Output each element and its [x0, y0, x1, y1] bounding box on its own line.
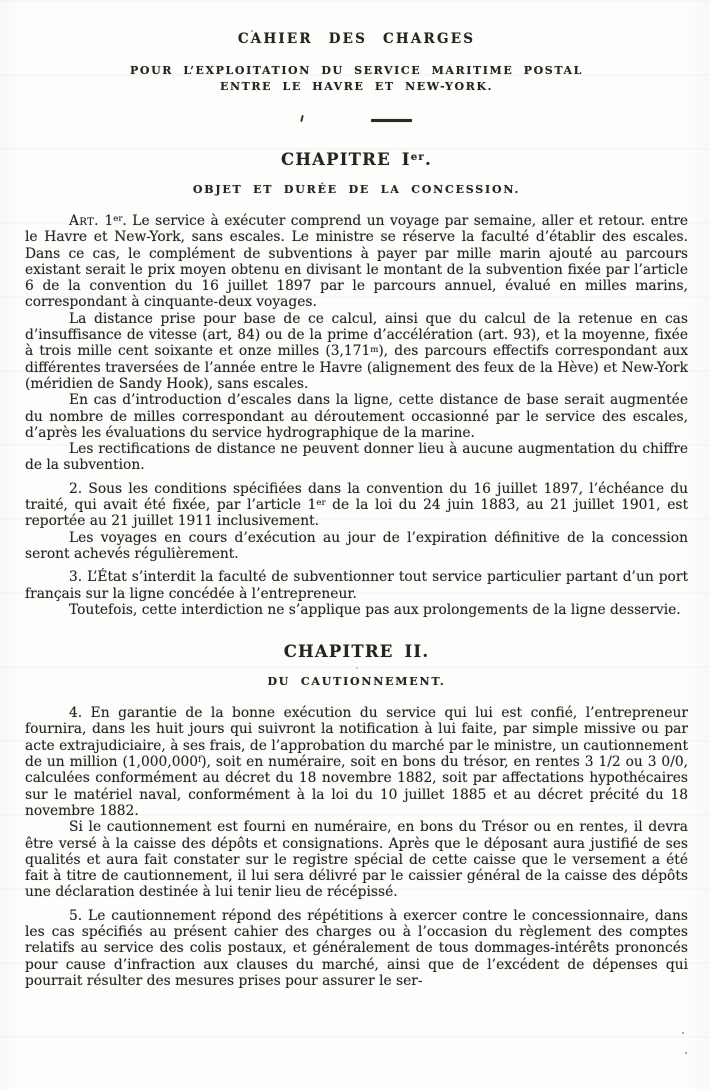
divider-rule	[371, 119, 412, 122]
paragraph-art-5: 5. Le cautionnement répond des répétitio…	[25, 908, 688, 989]
paragraph-distance: La distance prise pour base de ce calcul…	[25, 311, 688, 392]
paragraph-escales: En cas d’introduction d’escales dans la …	[25, 392, 688, 441]
paragraph-voyages: Les voyages en cours d’exécution au jour…	[25, 530, 688, 563]
paragraph-art-2: 2. Sous les conditions spécifiées dans l…	[25, 481, 688, 530]
document-subtitle: POUR L’EXPLOITATION DU SERVICE MARITIME …	[25, 63, 688, 95]
subtitle-line-1: POUR L’EXPLOITATION DU SERVICE MARITIME …	[25, 63, 688, 79]
document-title: CAHIER DES CHARGES	[25, 0, 688, 47]
scan-speck	[682, 1032, 684, 1034]
paragraph-caisse-depots: Si le cautionnement est fourni en numéra…	[25, 819, 688, 900]
chapter-2-body: 4. En garantie de la bonne exécution du …	[25, 705, 688, 989]
document-page: CAHIER DES CHARGES POUR L’EXPLOITATION D…	[0, 0, 710, 1089]
chapter-2: CHAPITRE II. DU CAUTIONNEMENT. 4. En gar…	[25, 642, 688, 989]
subtitle-line-2: ENTRE LE HAVRE ET NEW-YORK.	[25, 79, 688, 95]
document-header: CAHIER DES CHARGES POUR L’EXPLOITATION D…	[25, 0, 688, 123]
chapter-1-subheading: OBJET ET DURÉE DE LA CONCESSION.	[25, 183, 688, 197]
chapter-1-heading: CHAPITRE Ier.	[25, 150, 688, 170]
paragraph-toutefois: Toutefois, cette interdiction ne s’appli…	[25, 602, 688, 618]
paragraph-art-4: 4. En garantie de la bonne exécution du …	[25, 705, 688, 819]
section-divider	[25, 117, 688, 123]
paragraph-rectifications: Les rectifications de distance ne peuven…	[25, 441, 688, 474]
page-content: CAHIER DES CHARGES POUR L’EXPLOITATION D…	[0, 0, 710, 989]
chapter-1: CHAPITRE Ier. OBJET ET DURÉE DE LA CONCE…	[25, 150, 688, 618]
chapter-1-body: Art. 1er. Le service à exécuter comprend…	[25, 213, 688, 618]
scan-speck	[685, 1052, 687, 1054]
paragraph-art-1: Art. 1er. Le service à exécuter comprend…	[25, 213, 688, 311]
paragraph-art-3: 3. L’État s’interdit la faculté de subve…	[25, 569, 688, 602]
chapter-2-heading: CHAPITRE II.	[25, 642, 688, 662]
chapter-2-subheading: DU CAUTIONNEMENT.	[25, 675, 688, 689]
ink-mark	[300, 115, 304, 122]
